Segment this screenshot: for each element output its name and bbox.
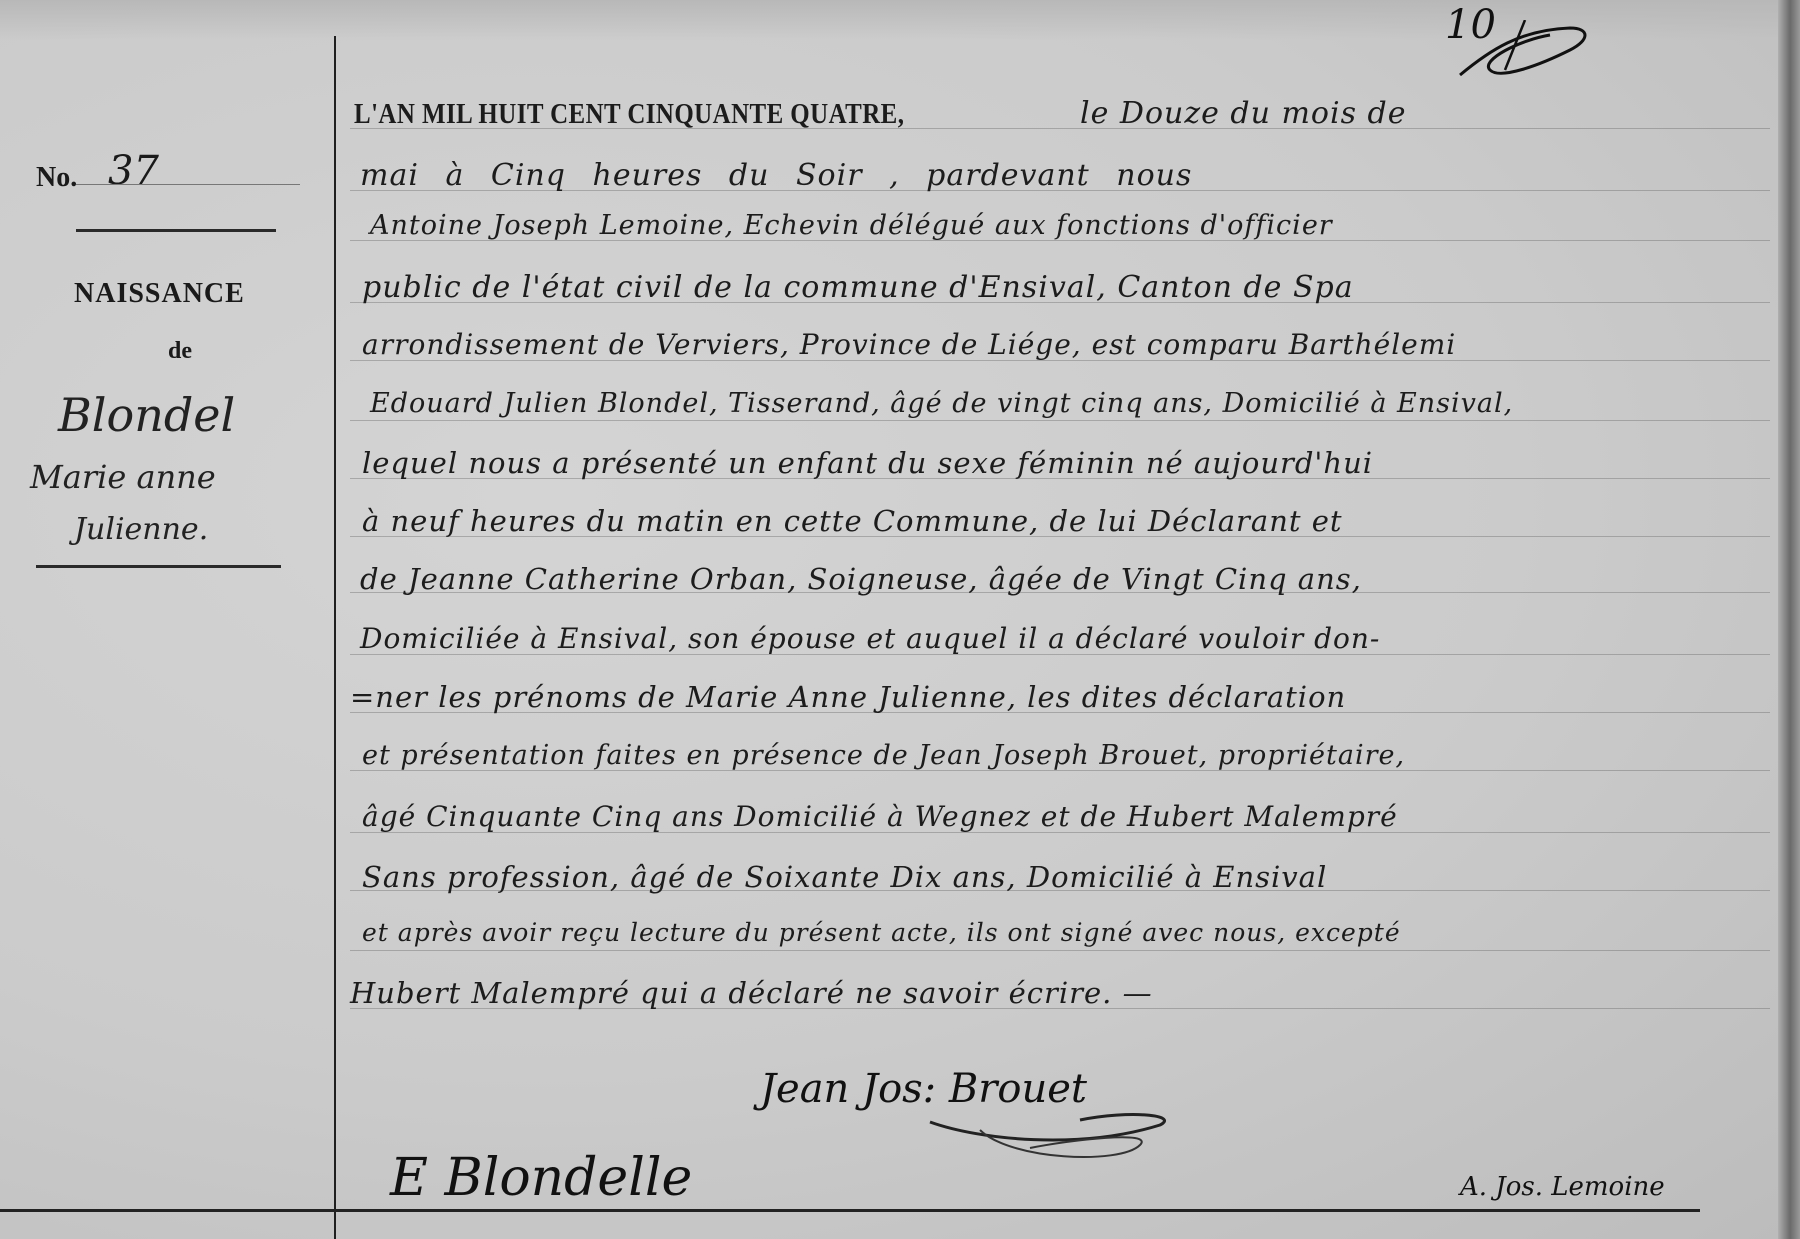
record-line-16: Hubert Malempré qui a déclaré ne savoir … — [350, 976, 1153, 1010]
record-line-4: public de l'état civil de la commune d'E… — [362, 270, 1354, 305]
margin-column: No. 37 NAISSANCE de Blondel Marie anne J… — [0, 0, 334, 1209]
signature-father: E Blondelle — [390, 1148, 692, 1208]
signature-officer: A. Jos. Lemoine — [1460, 1172, 1665, 1202]
printed-preamble: L'AN MIL HUIT CENT CINQUANTE QUATRE, — [354, 98, 904, 131]
record-line-3: Antoine Joseph Lemoine, Echevin délégué … — [370, 210, 1333, 241]
record-line-13: âgé Cinquante Cinq ans Domicilié à Wegne… — [362, 800, 1398, 833]
signature-flourish-icon — [920, 1110, 1180, 1170]
act-type-heading: NAISSANCE — [74, 278, 245, 310]
record-line-11: =ner les prénoms de Marie Anne Julienne,… — [350, 680, 1346, 714]
record-line-7: lequel nous a présenté un enfant du sexe… — [362, 446, 1373, 480]
margin-divider-rule — [334, 36, 336, 1239]
record-line-5: arrondissement de Verviers, Province de … — [362, 328, 1456, 361]
ruled-line — [350, 420, 1770, 421]
margin-rule-top — [76, 229, 276, 232]
ruled-line — [350, 950, 1770, 951]
bottom-rule — [0, 1209, 1700, 1212]
margin-surname: Blondel — [58, 388, 235, 442]
record-line-15: et après avoir reçu lecture du présent a… — [362, 918, 1401, 947]
record-line-14: Sans profession, âgé de Soixante Dix ans… — [362, 860, 1327, 894]
record-line-6: Edouard Julien Blondel, Tisserand, âgé d… — [370, 388, 1513, 419]
margin-given-names-2: Julienne. — [74, 512, 208, 547]
record-line-9: de Jeanne Catherine Orban, Soigneuse, âg… — [360, 562, 1362, 596]
record-number-underline — [76, 184, 300, 185]
paraph-scribble-icon — [1450, 20, 1600, 80]
record-number-value: 37 — [108, 148, 159, 194]
record-line-10: Domiciliée à Ensival, son épouse et auqu… — [360, 622, 1380, 655]
act-type-de: de — [168, 338, 192, 365]
book-binding-edge — [1778, 0, 1800, 1239]
record-line-8: à neuf heures du matin en cette Commune,… — [362, 504, 1343, 538]
record-line-2: mai à Cinq heures du Soir , pardevant no… — [360, 158, 1192, 193]
margin-given-names-1: Marie anne — [30, 458, 216, 496]
record-number-label: No. — [36, 162, 77, 194]
margin-rule-bottom — [36, 565, 281, 568]
record-line-1: le Douze du mois de — [1080, 96, 1406, 131]
record-line-12: et présentation faites en présence de Je… — [362, 740, 1405, 771]
register-page: 10 No. 37 NAISSANCE de Blondel Marie ann… — [0, 0, 1800, 1239]
signature-witness: Jean Jos: Brouet — [760, 1066, 1087, 1112]
